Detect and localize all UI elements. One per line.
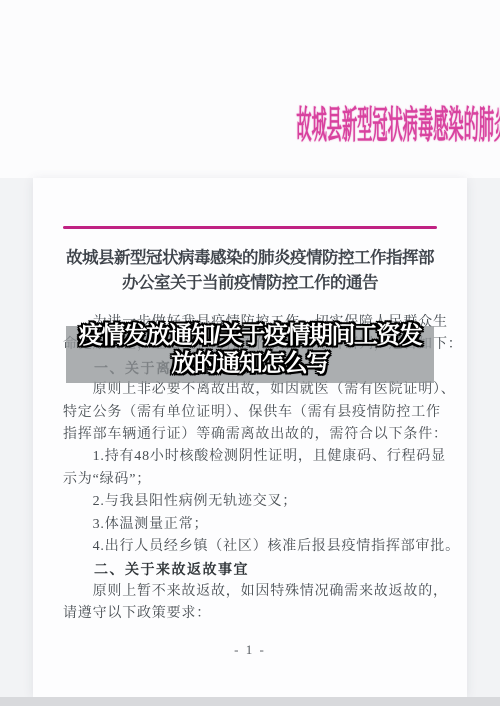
document-title-line2: 办公室关于当前疫情防控工作的通告 — [40, 270, 460, 295]
body-line: 原则上暂不来故返故，如因特殊情况确需来故返故的， — [63, 581, 441, 603]
overlay-caption-line1: 疫情发放通知/关于疫情期间工资发 — [0, 322, 500, 350]
banner-title-text: 故城县新型冠状病毒感染的肺炎疫情防控工作指挥部办公室 — [296, 104, 500, 148]
document-title-line1: 故城县新型冠状病毒感染的肺炎疫情防控工作指挥部 — [40, 245, 460, 270]
page-number: - 1 - — [0, 642, 500, 658]
scanned-notice-image: 故城县新型冠状病毒感染的肺炎疫情防控工作指挥部办公室 故城县新型冠状病毒感染的肺… — [0, 0, 500, 706]
overlay-caption: 疫情发放通知/关于疫情期间工资发 放的通知怎么写 — [0, 322, 500, 378]
body-line: 1.持有48小时核酸检测阴性证明，且健康码、行程码显 — [63, 446, 441, 468]
body-line: 指挥部车辆通行证）等确需离故出故的，需符合以下条件： — [63, 424, 441, 446]
scan-bottom-edge — [0, 697, 500, 706]
document-title: 故城县新型冠状病毒感染的肺炎疫情防控工作指挥部 办公室关于当前疫情防控工作的通告 — [40, 245, 460, 295]
body-line: 示为“绿码”； — [63, 469, 441, 491]
body-line: 二、关于来故返故事宜 — [63, 558, 441, 580]
body-line: 特定公务（需有单位证明）、保供车（需有县疫情防控工作 — [63, 402, 441, 424]
body-line: 2.与我县阳性病例无轨迹交叉； — [63, 491, 441, 513]
letterhead-divider-rule — [63, 226, 437, 229]
body-line: 3.体温测量正常； — [63, 514, 441, 536]
body-line: 请遵守以下政策要求： — [63, 603, 441, 625]
body-line: 4.出行人员经乡镇（社区）核准后报县疫情指挥部审批。 — [63, 536, 441, 558]
header-area: 故城县新型冠状病毒感染的肺炎疫情防控工作指挥部办公室 — [0, 0, 500, 178]
banner-title: 故城县新型冠状病毒感染的肺炎疫情防控工作指挥部办公室 — [0, 104, 500, 148]
overlay-caption-line2: 放的通知怎么写 — [0, 350, 500, 378]
